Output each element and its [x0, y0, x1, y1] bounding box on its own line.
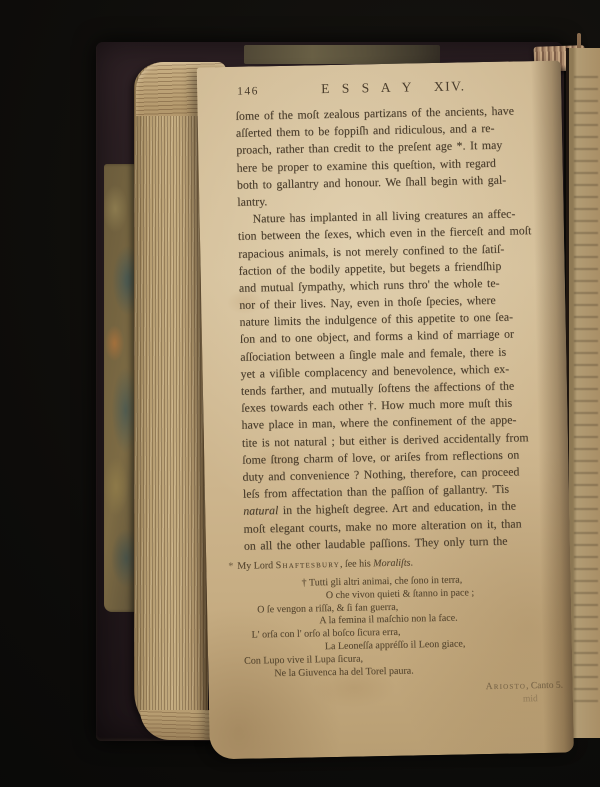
- page-fore-edge-stack: [134, 62, 208, 738]
- page-number: 146: [237, 85, 259, 97]
- footnotes: *My Lord Shaftesbury, ſee his Moraliſts.…: [228, 554, 573, 711]
- footnote-name: Shaftesbury: [276, 559, 340, 571]
- essay-heading: E S S A YXIV.: [321, 78, 466, 97]
- footnote-marker: *: [228, 561, 233, 572]
- attribution-canto: , Canto 5.: [526, 681, 563, 692]
- footnote-work-title: Moraliſts: [373, 557, 410, 569]
- running-head: 146 E S S A YXIV.: [235, 77, 561, 103]
- page-content: 146 E S S A YXIV. ſome of the moſt zealo…: [197, 61, 573, 713]
- essay-heading-numeral: XIV.: [434, 78, 466, 94]
- italic-word: natural: [243, 503, 278, 518]
- book-page: 146 E S S A YXIV. ſome of the moſt zealo…: [197, 61, 574, 760]
- footnote-text: .: [410, 557, 413, 568]
- book-photo: 146 E S S A YXIV. ſome of the moſt zealo…: [0, 0, 600, 787]
- essay-heading-word: E S S A Y: [321, 79, 416, 96]
- cover-worn-patch: [244, 45, 440, 64]
- attribution-author: Ariosto: [486, 681, 527, 692]
- text-line-rest: in the higheſt degree. Art and education…: [278, 499, 516, 518]
- footnote-text: My Lord: [237, 560, 276, 572]
- body-text: ſome of the moſt zealous partizans of th…: [235, 102, 570, 555]
- footnote-shaftesbury: *My Lord Shaftesbury, ſee his Moraliſts.: [228, 554, 570, 573]
- footnote-text: , ſee his: [340, 558, 374, 570]
